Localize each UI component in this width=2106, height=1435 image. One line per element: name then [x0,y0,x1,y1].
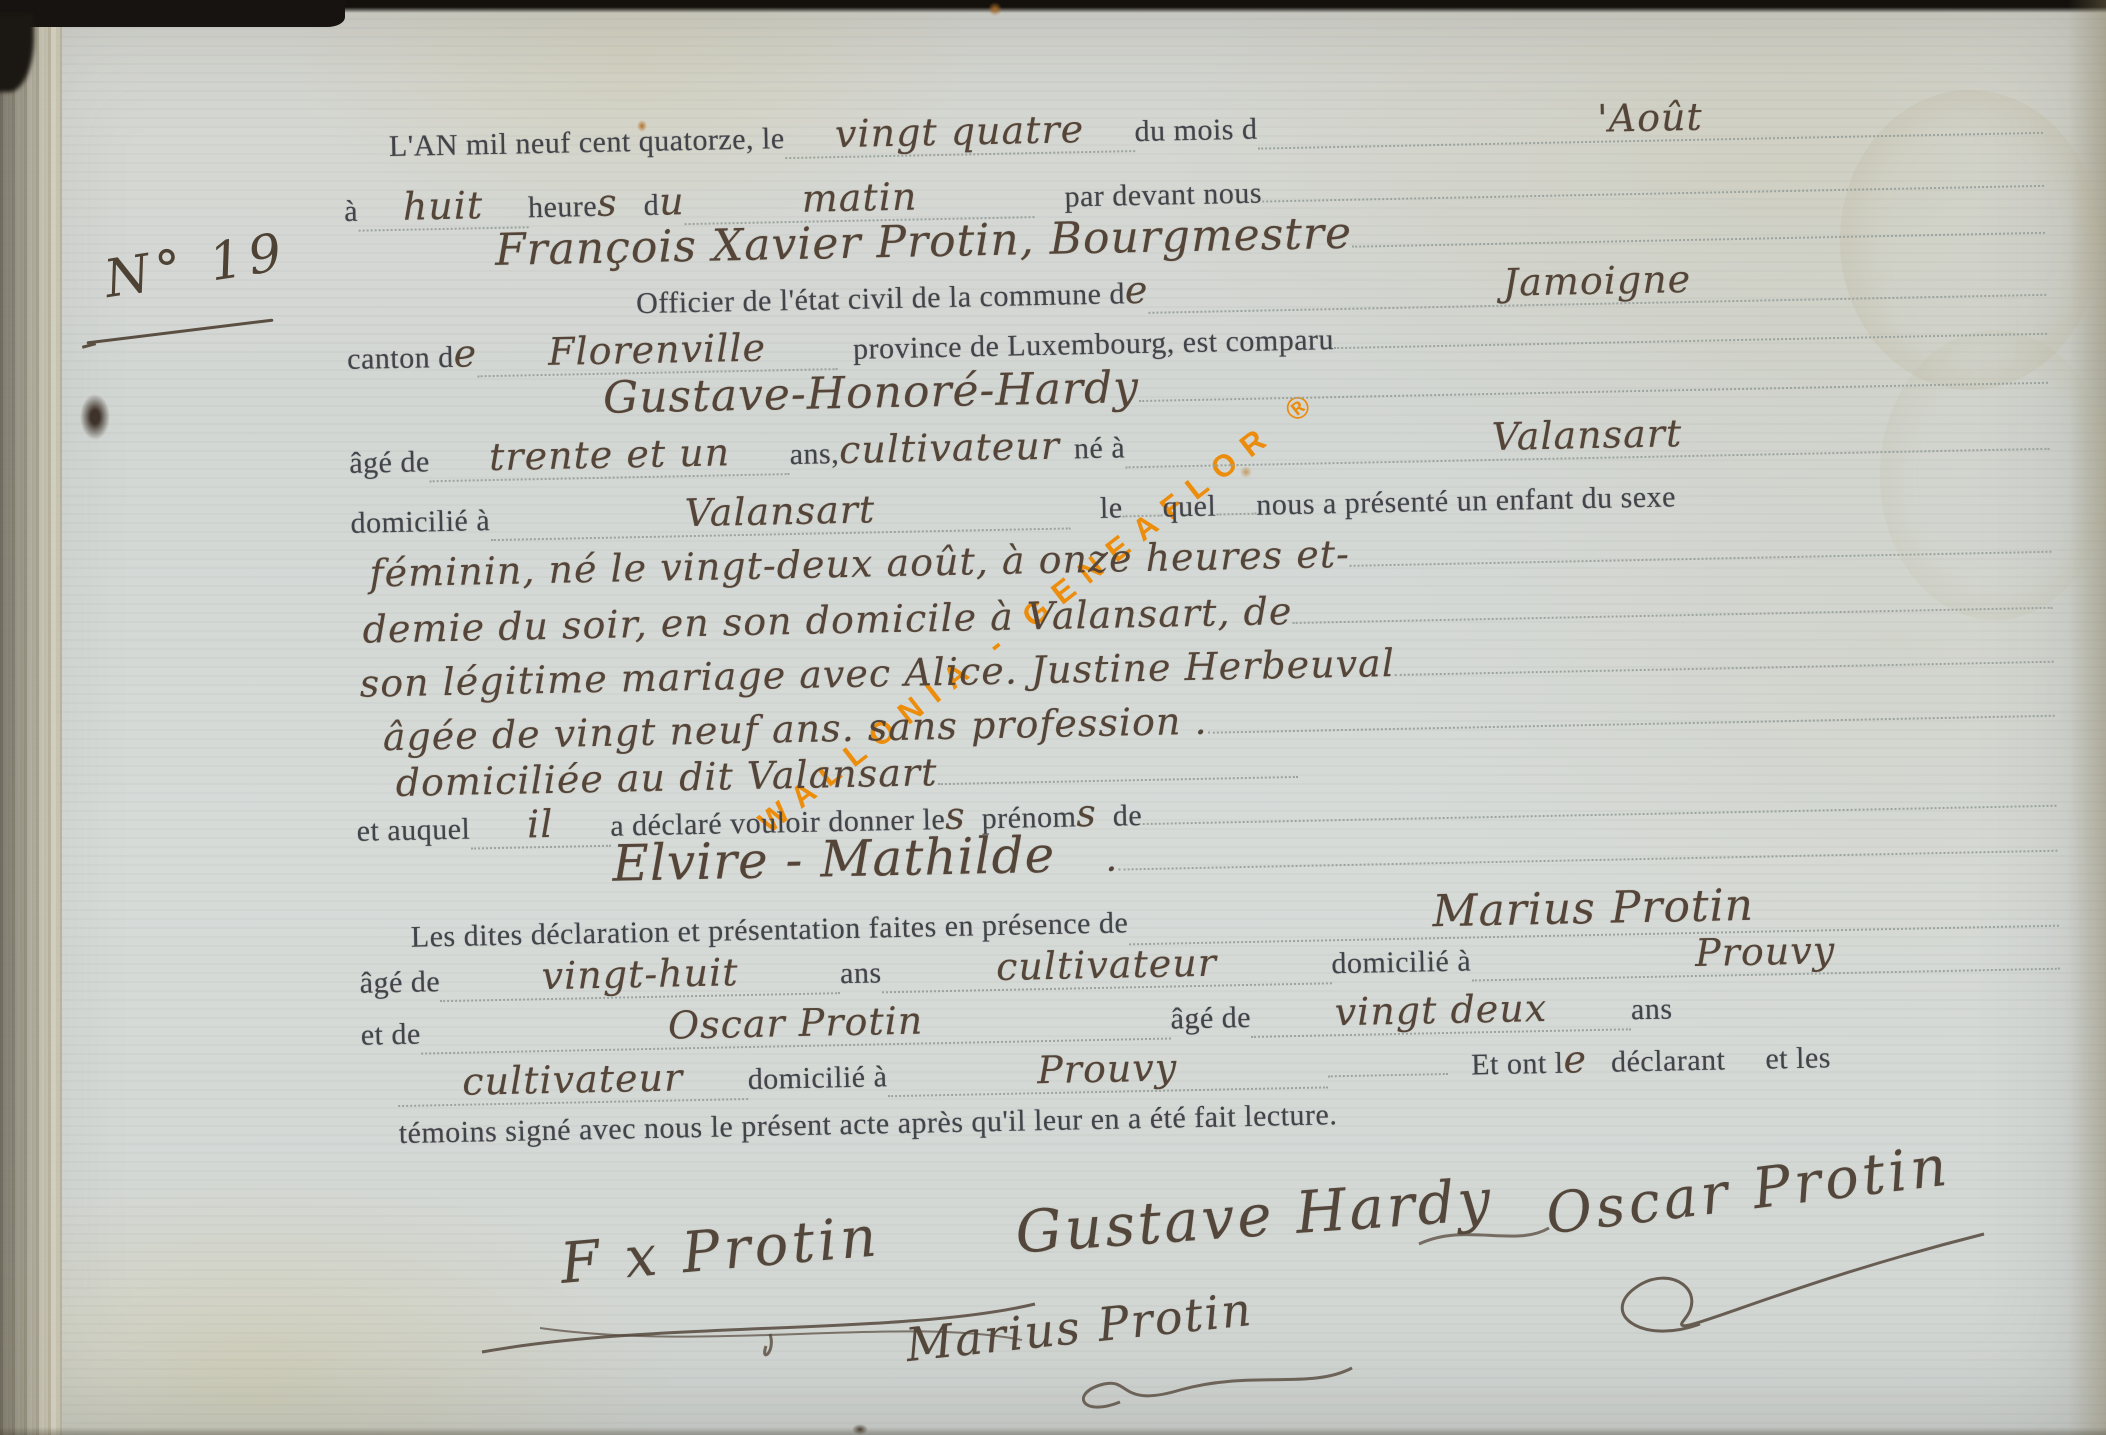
record-number-tick [82,342,96,349]
handwritten-residence: Valansart [490,483,1071,541]
printed-text: né à [1074,431,1126,466]
handwritten-letter: e [1563,1037,1587,1081]
handwritten-witness1-age: vingt-huit [440,948,841,1002]
record-number-underline [87,319,274,345]
printed-text: âgé de [1170,1001,1251,1037]
handwritten-punctuation: . [1105,836,1119,880]
printed-text: d [643,189,659,223]
record-number: N° 19 [100,222,291,310]
scan-edge-bottom [0,1427,2106,1435]
handwritten-profession: cultivateur [839,424,1061,472]
handwritten-letter: e [1124,268,1148,312]
scanned-register-page: N° 19 WALLONIA - GENEAFLOR ® L'AN mil ne… [0,0,2106,1435]
printed-text: et les [1765,1041,1831,1076]
dotted-leader [1327,1069,1447,1077]
printed-text: du mois d [1134,113,1258,149]
handwritten-letter: e [453,331,477,375]
printed-text: âgé de [349,445,430,481]
printed-text: domicilié à [350,504,490,541]
printed-text: déclarant [1611,1043,1726,1079]
dotted-leader [1118,846,2057,871]
printed-text: le [1100,491,1123,525]
handwritten-witness2-name: Oscar Protin [420,994,1171,1055]
handwritten-declarant-name: Gustave-Honoré-Hardy [603,362,1140,424]
handwritten-child-names: Elvire - Mathilde [612,826,1056,893]
printed-text: par devant nous [1064,177,1262,215]
printed-text: à [344,195,359,229]
dotted-leader [1123,511,1163,518]
dotted-leader [1352,228,2045,248]
dotted-leader [937,772,1297,785]
handwritten-witness2-profession: cultivateur [397,1054,748,1107]
handwritten-witness2-age: vingt deux [1251,984,1632,1038]
printed-text: ans, [789,437,839,472]
dotted-leader [1139,378,2048,402]
dotted-leader [1216,509,1256,516]
printed-text: âgé de [359,965,440,1001]
handwritten-age: trente et un [429,429,790,482]
handwritten-witness2-residence: Prouvy [887,1042,1328,1097]
printed-text: canton d [347,341,454,377]
form-line: L'AN mil neuf cent quatorze, le vingt qu… [342,88,2043,168]
ink-spot [852,1424,868,1435]
handwritten-entry: demie du soir, en son domicile à Valansa… [362,589,1293,652]
handwritten-entry: son légitime mariage avec Alice. Justine… [359,641,1395,706]
handwritten-letter: s [597,180,618,224]
ink-stain [80,394,110,440]
printed-text: quel [1162,490,1216,525]
dotted-leader [1395,657,2054,676]
handwritten-day: vingt quatre [784,106,1135,159]
printed-text: domicilié à [1331,944,1471,981]
handwritten-letter: u [659,179,685,224]
printed-text: et de [360,1018,421,1053]
printed-text: Officier de l'état civil de la commune d [636,277,1125,321]
printed-text: ans [840,956,882,991]
scan-edge-top-left [0,0,345,27]
printed-closing-text: témoins signé avec nous le présent acte … [398,1098,1337,1151]
printed-text: domicilié à [747,1060,887,1097]
handwritten-birthplace: Valansart [1125,404,2050,469]
handwritten-entry: féminin, né le vingt-deux août, à onze h… [369,532,1350,596]
handwritten-month: 'Août [1257,88,2043,150]
printed-text: Et ont l [1471,1047,1564,1083]
printed-text: nous a présenté un enfant du sexe [1256,480,1676,522]
handwritten-witness1-profession: cultivateur [881,938,1332,993]
dotted-leader [1350,547,2052,567]
printed-text: ans [1631,992,1673,1027]
printed-text: heure [528,190,598,225]
dotted-leader [1292,603,2052,624]
printed-text: L'AN mil neuf cent quatorze, le [389,122,785,164]
book-page-edges [0,0,62,1435]
